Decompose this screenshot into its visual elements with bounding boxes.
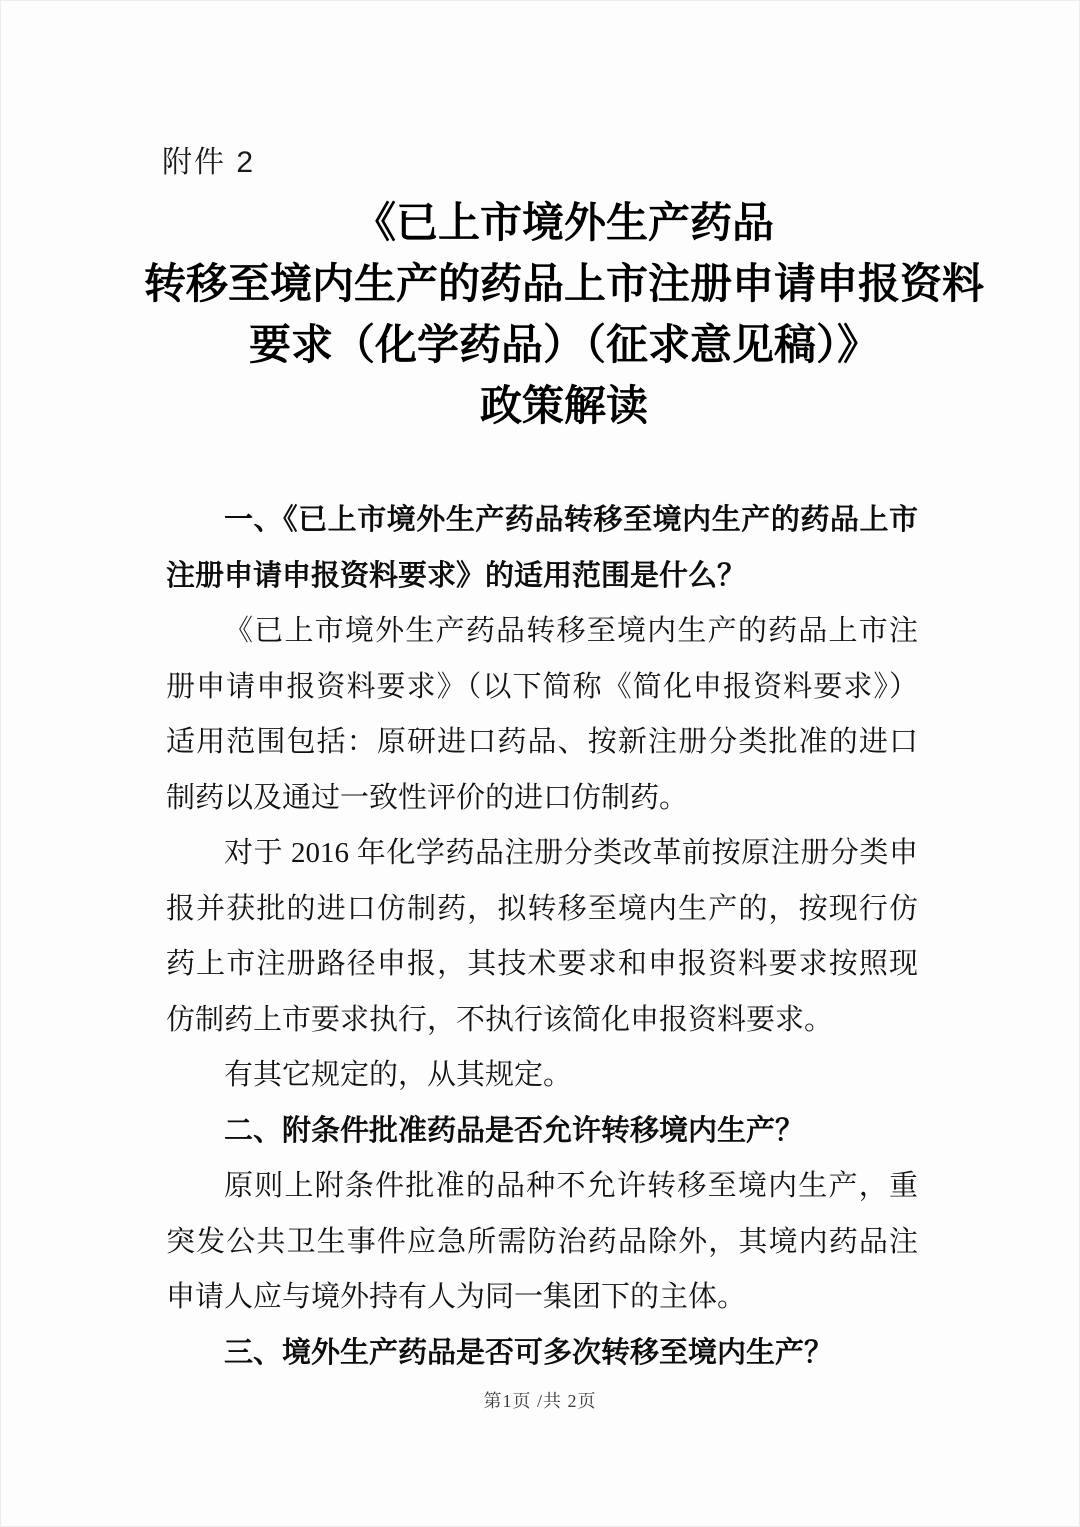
title-line-4: 政策解读 <box>65 377 1063 438</box>
attachment-label: 附件 2 <box>162 137 255 181</box>
answer-1-para-2-line-2: 报并获批的进口仿制药，拟转移至境内生产的，按现行仿制 <box>166 882 918 938</box>
document-page: 附件 2 《已上市境外生产药品 转移至境内生产的药品上市注册申请申报资料 要求（… <box>0 0 1080 1527</box>
answer-1-para-2-line-1: 对于 2016 年化学药品注册分类改革前按原注册分类申 <box>166 826 918 882</box>
answer-1-para-2-line-3: 药上市注册路径申报，其技术要求和申报资料要求按照现行 <box>166 937 918 993</box>
answer-2-para-line-3: 申请人应与境外持有人为同一集团下的主体。 <box>166 1270 918 1326</box>
document-body: 一、《已上市境外生产药品转移至境内生产的药品上市 注册申请申报资料要求》的适用范… <box>166 493 918 1381</box>
answer-2-para-line-1: 原则上附条件批准的品种不允许转移至境内生产，重大 <box>166 1159 918 1215</box>
answer-1-para-1-line-1: 《已上市境外生产药品转移至境内生产的药品上市注 <box>166 604 918 660</box>
document-title: 《已上市境外生产药品 转移至境内生产的药品上市注册申请申报资料 要求（化学药品）… <box>65 194 1063 438</box>
question-3-heading: 三、境外生产药品是否可多次转移至境内生产？ <box>166 1326 918 1382</box>
question-2-heading: 二、附条件批准药品是否允许转移境内生产？ <box>166 1104 918 1160</box>
answer-1-para-3-line-1: 有其它规定的，从其规定。 <box>166 1048 918 1104</box>
answer-2-para-line-2: 突发公共卫生事件应急所需防治药品除外，其境内药品注册 <box>166 1215 918 1271</box>
answer-1-para-1-line-3: 适用范围包括：原研进口药品、按新注册分类批准的进口仿 <box>166 715 918 771</box>
answer-1-para-2-line-4: 仿制药上市要求执行，不执行该简化申报资料要求。 <box>166 993 918 1049</box>
question-1-heading-line-1: 一、《已上市境外生产药品转移至境内生产的药品上市 <box>166 493 918 549</box>
answer-1-para-1-line-2: 册申请申报资料要求》（以下简称《简化申报资料要求》）的 <box>166 660 918 716</box>
title-line-1: 《已上市境外生产药品 <box>65 194 1063 255</box>
title-line-2: 转移至境内生产的药品上市注册申请申报资料 <box>65 255 1063 316</box>
page-indicator: 第1页 /共 2页 <box>483 1391 596 1411</box>
answer-1-para-1-line-4: 制药以及通过一致性评价的进口仿制药。 <box>166 771 918 827</box>
title-line-3: 要求（化学药品）（征求意见稿）》 <box>65 316 1063 377</box>
page-number-footer: 第1页 /共 2页 <box>1 1387 1079 1413</box>
question-1-heading-line-2: 注册申请申报资料要求》的适用范围是什么？ <box>166 549 918 605</box>
